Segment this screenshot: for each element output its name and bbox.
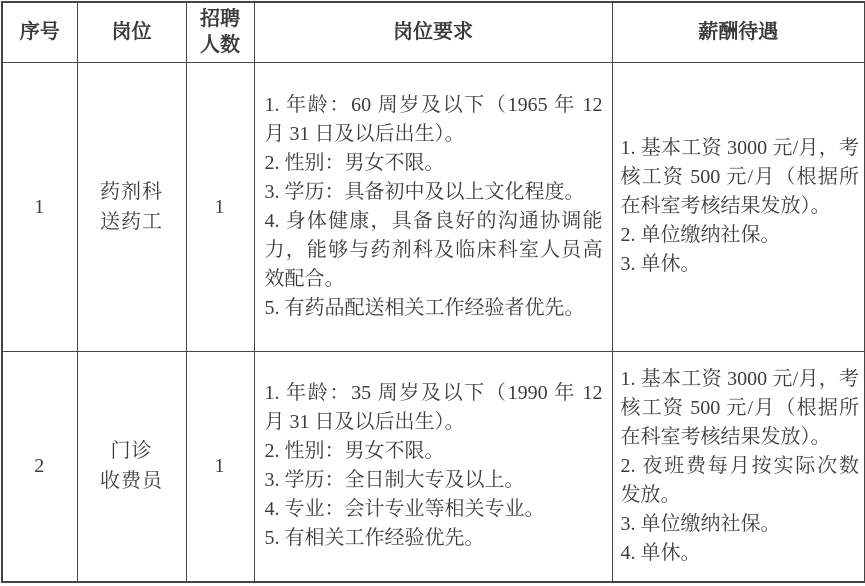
salary-item: 3. 单位缴纳社保。 (621, 510, 860, 539)
table-row: 2 门诊 收费员 1 1. 年龄：35 周岁及以下（1990 年 12 月 31… (2, 351, 865, 582)
cell-index: 1 (2, 62, 77, 351)
cell-position: 门诊 收费员 (77, 351, 186, 582)
cell-headcount: 1 (186, 351, 254, 582)
requirement-item: 5. 有相关工作经验优先。 (265, 524, 603, 553)
requirement-item: 2. 性别：男女不限。 (265, 437, 603, 466)
cell-index: 2 (2, 351, 77, 582)
requirement-item: 4. 身体健康，具备良好的沟通协调能力，能够与药剂科及临床科室人员高效配合。 (265, 207, 603, 294)
requirement-item: 1. 年龄：60 周岁及以下（1965 年 12 月 31 日及以后出生）。 (265, 91, 603, 149)
document-page: 序号 岗位 招聘人数 岗位要求 薪酬待遇 1 药剂科 送药工 1 1. 年龄：6… (0, 0, 865, 586)
requirement-item: 5. 有药品配送相关工作经验者优先。 (265, 294, 603, 323)
requirement-item: 3. 学历：全日制大专及以上。 (265, 466, 603, 495)
position-line: 药剂科 (79, 177, 185, 207)
position-line: 门诊 (79, 436, 185, 466)
cell-salary: 1. 基本工资 3000 元/月，考核工资 500 元/月（根据所在科室考核结果… (612, 351, 865, 582)
salary-item: 2. 夜班费每月按实际次数发放。 (621, 452, 860, 510)
requirement-item: 3. 学历：具备初中及以上文化程度。 (265, 178, 603, 207)
col-header-position: 岗位 (77, 2, 186, 62)
col-header-headcount: 招聘人数 (186, 2, 254, 62)
cell-headcount: 1 (186, 62, 254, 351)
recruitment-table: 序号 岗位 招聘人数 岗位要求 薪酬待遇 1 药剂科 送药工 1 1. 年龄：6… (1, 1, 865, 583)
cell-requirements: 1. 年龄：35 周岁及以下（1990 年 12 月 31 日及以后出生）。 2… (254, 351, 612, 582)
cell-requirements: 1. 年龄：60 周岁及以下（1965 年 12 月 31 日及以后出生）。 2… (254, 62, 612, 351)
salary-item: 2. 单位缴纳社保。 (621, 221, 860, 250)
col-header-requirements: 岗位要求 (254, 2, 612, 62)
header-row: 序号 岗位 招聘人数 岗位要求 薪酬待遇 (2, 2, 865, 62)
salary-item: 4. 单休。 (621, 539, 860, 568)
col-header-salary: 薪酬待遇 (612, 2, 865, 62)
table-row: 1 药剂科 送药工 1 1. 年龄：60 周岁及以下（1965 年 12 月 3… (2, 62, 865, 351)
requirement-item: 4. 专业：会计专业等相关专业。 (265, 495, 603, 524)
salary-item: 1. 基本工资 3000 元/月，考核工资 500 元/月（根据所在科室考核结果… (621, 134, 860, 221)
position-line: 送药工 (79, 207, 185, 237)
requirement-item: 2. 性别：男女不限。 (265, 149, 603, 178)
salary-item: 1. 基本工资 3000 元/月，考核工资 500 元/月（根据所在科室考核结果… (621, 365, 860, 452)
col-header-index: 序号 (2, 2, 77, 62)
position-line: 收费员 (79, 466, 185, 496)
cell-position: 药剂科 送药工 (77, 62, 186, 351)
salary-item: 3. 单休。 (621, 250, 860, 279)
requirement-item: 1. 年龄：35 周岁及以下（1990 年 12 月 31 日及以后出生）。 (265, 379, 603, 437)
cell-salary: 1. 基本工资 3000 元/月，考核工资 500 元/月（根据所在科室考核结果… (612, 62, 865, 351)
